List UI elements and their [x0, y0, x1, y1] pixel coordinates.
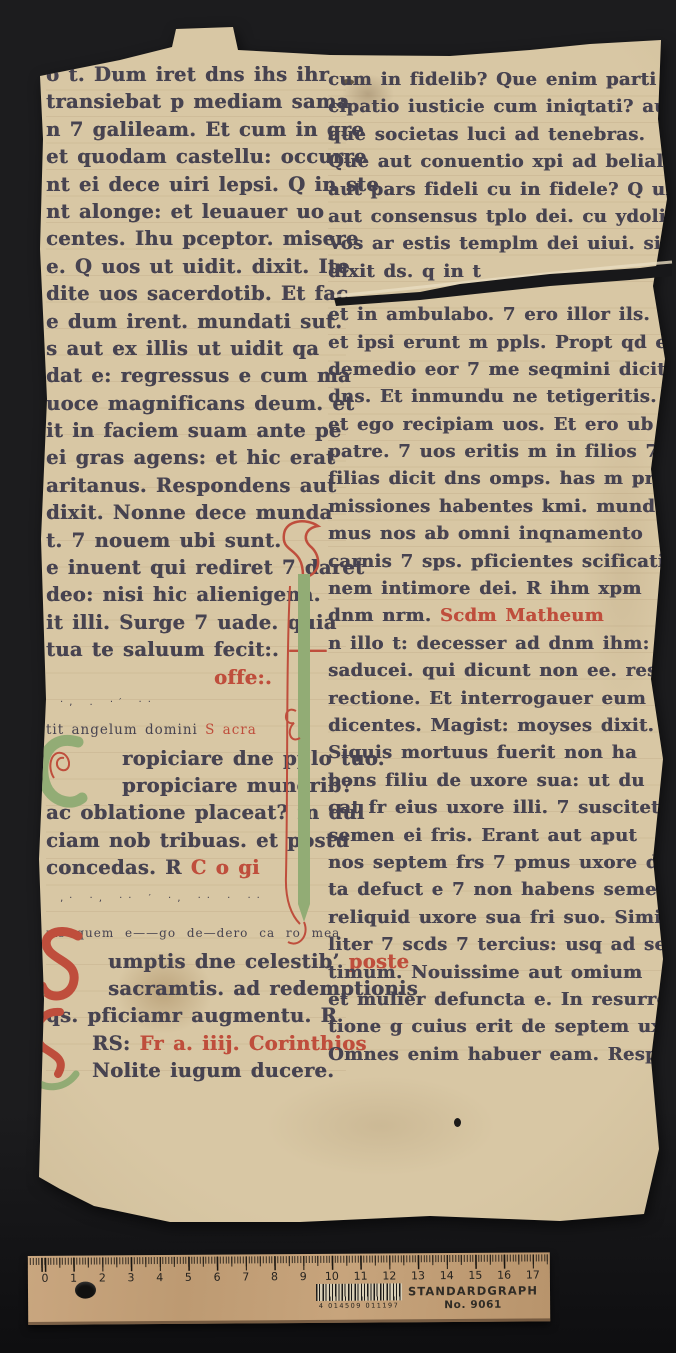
ink-text: ciam nob tribuas. et postu	[46, 829, 349, 852]
manuscript-line: aut consensus tplo dei. cu ydolis:	[328, 207, 672, 234]
ruler-barcode-icon	[316, 1283, 402, 1301]
ink-text: uoce magnificans deum. et	[46, 392, 354, 415]
ruler-scale-number: 6	[207, 1271, 227, 1284]
ink-text: cum in fidelib? Que enim parti	[328, 69, 656, 90]
ink-text: nos septem frs 7 pmus uxore duc	[328, 852, 676, 873]
ink-text: rectione. Et interrogauer eum	[328, 688, 646, 709]
ink-text: ·‚ . ·′ ··	[60, 697, 157, 708]
ruler-scale-number: 5	[178, 1271, 198, 1284]
manuscript-line: dat e: regressus e cum ma	[46, 365, 346, 392]
manuscript-line: saducei. qui dicunt non ee. resur	[328, 661, 672, 688]
manuscript-line: centes. Ihu pceptor. misere	[46, 228, 346, 255]
ruler-model-number: No. 9061	[398, 1298, 548, 1311]
ink-text: ei gras agens: et hic erat	[46, 446, 335, 469]
manuscript-line: timum. Nouissime aut omium	[328, 963, 672, 990]
manuscript-line: offe:.	[46, 667, 346, 697]
ink-text: it in faciem suam ante pe	[46, 419, 341, 442]
manuscript-line: s aut ex illis ut uidit qa	[46, 338, 346, 365]
manuscript-line: t. 7 nouem ubi sunt.	[46, 530, 346, 557]
ink-text: Nolite iugum ducere.	[92, 1059, 334, 1082]
parchment-shadow: o t. Dum iret dns ihs ihrtransiebat p me…	[30, 24, 672, 1224]
manuscript-line: Que aut conuentio xpi ad belial:	[328, 152, 672, 179]
ink-text: timum. Nouissime aut omium	[328, 962, 642, 983]
ink-text: dat e: regressus e cum ma	[46, 364, 351, 387]
ruler-hole	[75, 1282, 96, 1299]
ruler-scale-number: 16	[494, 1269, 514, 1282]
ruler-scale-number: 14	[437, 1269, 457, 1282]
manuscript-line: aut pars fideli cu in fidele? Q ui	[328, 180, 672, 207]
manuscript-line: umptis dne celestib’ poste	[46, 951, 346, 978]
ink-text: o t. Dum iret dns ihs ihr	[46, 63, 329, 86]
manuscript-line: ms quem e——go de—dero ca ro mea	[46, 927, 346, 951]
rubric-text: offe:.	[214, 666, 272, 689]
ink-text: semen ei fris. Erant aut aput	[328, 825, 637, 846]
ink-text: mus nos ab omni inqnamento	[328, 523, 643, 544]
ink-text: qs. pficiamr augmentu. R	[46, 1004, 337, 1027]
manuscript-line: dnm nrm. Scdm Matheum	[328, 606, 672, 633]
ink-text: et in ambulabo. 7 ero illor ils.	[328, 304, 650, 325]
manuscript-line: ei gras agens: et hic erat	[46, 447, 346, 474]
ink-text: t. 7 nouem ubi sunt.	[46, 529, 281, 552]
manuscript-line: Vos ar estis templm dei uiui. sic	[328, 234, 672, 261]
manuscript-line: tit angelum domini S acra	[46, 723, 346, 748]
ink-text: e. Q uos ut uidit. dixit. Ite	[46, 255, 350, 278]
manuscript-line: ac oblatione placeat? in dul	[46, 802, 346, 829]
left-text-column: o t. Dum iret dns ihs ihrtransiebat p me…	[46, 64, 346, 1088]
manuscript-line: et ego recipiam uos. Et ero ub in	[328, 415, 672, 442]
ruler-scale-number: 12	[379, 1269, 399, 1282]
ruler-brand: STANDARDGRAPH	[398, 1283, 548, 1298]
ink-text: ‚· ·‚ ·· ′ ·‚ ·· · ··	[60, 893, 266, 904]
ink-text: demedio eor 7 me seqmini dicit	[328, 359, 666, 380]
ink-text: cipatio iusticie cum iniqtati? aut	[328, 96, 676, 117]
ruler-scale-number: 13	[408, 1269, 428, 1282]
manuscript-line: aritanus. Respondens aut	[46, 475, 346, 502]
manuscript-line: Omnes enim habuer eam. Respon	[328, 1045, 672, 1072]
manuscript-line: qs. pficiamr augmentu. R	[46, 1005, 346, 1032]
ink-text: et mulier defuncta e. In resurrec	[328, 989, 676, 1010]
ink-text: dixit. Nonne dece munda	[46, 501, 332, 524]
ink-text: saducei. qui dicunt non ee. resur	[328, 660, 676, 681]
ink-text: Omnes enim habuer eam. Respon	[328, 1044, 676, 1065]
ink-text: aritanus. Respondens aut	[46, 474, 336, 497]
ink-text: RS:	[92, 1032, 139, 1055]
manuscript-line: mus nos ab omni inqnamento	[328, 524, 672, 551]
manuscript-line: ropiciare dne pplo tuo.	[46, 748, 346, 775]
ink-text: filias dicit dns omps. has m pro	[328, 468, 667, 489]
ink-text: umptis dne celestib’	[108, 950, 349, 973]
rubric-text: ——	[279, 638, 328, 661]
ruler: 01234567891011121314151617 4 014509 0111…	[28, 1252, 550, 1325]
ruler-scale-number: 4	[150, 1271, 170, 1284]
ruler-scale-number: 11	[351, 1270, 371, 1283]
ruler-scale-number: 8	[264, 1270, 284, 1283]
manuscript-line: ta defuct e 7 non habens seme	[328, 880, 672, 907]
right-text-column: cum in fidelib? Que enim participatio iu…	[328, 70, 672, 1072]
ruler-scale-number: 3	[121, 1271, 141, 1284]
parchment-stain	[266, 1076, 496, 1176]
manuscript-line: que societas luci ad tenebras.	[328, 125, 672, 152]
ink-text: nt alonge: et leuauer uo	[46, 200, 324, 223]
ink-text: et quodam castellu: occurre	[46, 145, 367, 168]
ink-text: e dum irent. mundati sut.	[46, 310, 342, 333]
manuscript-line: et in ambulabo. 7 ero illor ils.	[328, 305, 672, 332]
ink-text: dixit ds. q in t	[328, 261, 481, 282]
ruler-scale-number: 17	[523, 1268, 543, 1281]
ink-text: ta defuct e 7 non habens seme	[328, 879, 657, 900]
ink-text: dnm nrm.	[328, 605, 440, 626]
ink-text: propiciare munerib?	[122, 774, 353, 797]
manuscript-line: transiebat p mediam sama	[46, 91, 346, 118]
manuscript-line: deo: nisi hic alienigena.	[46, 584, 346, 611]
ink-text: centes. Ihu pceptor. misere	[46, 227, 359, 250]
manuscript-line: propiciare munerib?	[46, 775, 346, 802]
manuscript-line: dicentes. Magist: moyses dixit.	[328, 716, 672, 743]
rubric-text: S acra	[205, 722, 257, 738]
ink-text: nem intimore dei. R ihm xpm	[328, 578, 642, 599]
manuscript-line: et mulier defuncta e. In resurrec	[328, 990, 672, 1017]
ink-text: Siquis mortuus fuerit non ha	[328, 742, 637, 763]
manuscript-line: ciam nob tribuas. et postu	[46, 830, 346, 857]
ink-text: ac oblatione placeat? in dul	[46, 801, 365, 824]
ink-text: n illo t: decesser ad dnm ihm:	[328, 633, 649, 654]
ink-text: ms quem e——go de—dero ca ro mea	[46, 926, 340, 940]
ink-dot	[454, 1118, 461, 1127]
manuscript-line: bens filiu de uxore sua: ut du	[328, 771, 672, 798]
manuscript-line: cipatio iusticie cum iniqtati? aut	[328, 97, 672, 124]
ruler-barcode-digits: 4 014509 011197	[311, 1301, 407, 1310]
ink-text: reliquid uxore sua fri suo. Simi	[328, 907, 661, 928]
manuscript-line: dixit. Nonne dece munda	[46, 502, 346, 529]
manuscript-line: tione g cuius erit de septem uxor:	[328, 1017, 672, 1044]
ink-text: dns. Et inmundu ne tetigeritis.	[328, 386, 657, 407]
ink-text: patre. 7 uos eritis m in filios 7	[328, 441, 658, 462]
manuscript-line: nt ei dece uiri lepsi. Q in ste	[46, 174, 346, 201]
rubric-text: C o gi	[191, 856, 260, 879]
ink-text: et ego recipiam uos. Et ero ub in	[328, 414, 676, 435]
ink-text: dite uos sacerdotib. Et fac	[46, 282, 348, 305]
manuscript-line: dite uos sacerdotib. Et fac	[46, 283, 346, 310]
ink-text: cat fr eius uxore illi. 7 suscitet	[328, 797, 660, 818]
manuscript-line: rectione. Et interrogauer eum	[328, 689, 672, 716]
manuscript-line: patre. 7 uos eritis m in filios 7	[328, 442, 672, 469]
manuscript-line: tua te saluum fecit:. ——	[46, 639, 346, 666]
manuscript-line: n illo t: decesser ad dnm ihm:	[328, 634, 672, 661]
ruler-scale-number: 2	[92, 1271, 112, 1284]
ink-text: tit angelum domini	[46, 722, 205, 738]
manuscript-line: nem intimore dei. R ihm xpm	[328, 579, 672, 606]
ink-text: tua te saluum fecit:.	[46, 638, 279, 661]
manuscript-line: it in faciem suam ante pe	[46, 420, 346, 447]
manuscript-line: nt alonge: et leuauer uo	[46, 201, 346, 228]
ink-text: n 7 galileam. Et cum in gre	[46, 118, 364, 141]
manuscript-line: sacramtis. ad redemptionis	[46, 978, 346, 1005]
manuscript-line: Nolite iugum ducere.	[46, 1060, 346, 1087]
manuscript-line: uoce magnificans deum. et	[46, 393, 346, 420]
ink-text: tione g cuius erit de septem uxor:	[328, 1016, 676, 1037]
ruler-scale-number: 15	[465, 1269, 485, 1282]
manuscript-line: concedas. R C o gi	[46, 857, 346, 884]
ink-text: liter 7 scds 7 tercius: usq ad sep	[328, 934, 676, 955]
ink-text: missiones habentes kmi. munde	[328, 496, 667, 517]
ink-text: transiebat p mediam sama	[46, 90, 350, 113]
manuscript-line: demedio eor 7 me seqmini dicit	[328, 360, 672, 387]
rubric-text: Scdm Matheum	[440, 605, 604, 626]
manuscript-line: semen ei fris. Erant aut aput	[328, 826, 672, 853]
ink-text: bens filiu de uxore sua: ut du	[328, 770, 645, 791]
manuscript-line: e. Q uos ut uidit. dixit. Ite	[46, 256, 346, 283]
ink-text: it illi. Surge 7 uade. quia	[46, 611, 337, 634]
manuscript-line: dixit ds. q in t	[328, 262, 672, 289]
manuscript-line: et ipsi erunt m ppls. Propt qd exite	[328, 333, 672, 360]
manuscript-line: o t. Dum iret dns ihs ihr	[46, 64, 346, 91]
manuscript-line: carnis 7 sps. pficientes scificatio	[328, 552, 672, 579]
ink-text: aut pars fideli cu in fidele? Q ui	[328, 179, 672, 200]
manuscript-line: e dum irent. mundati sut.	[46, 311, 346, 338]
manuscript-line: reliquid uxore sua fri suo. Simi	[328, 908, 672, 935]
ink-text: s aut ex illis ut uidit qa	[46, 337, 319, 360]
ink-text: dicentes. Magist: moyses dixit.	[328, 715, 654, 736]
ink-text: aut consensus tplo dei. cu ydolis:	[328, 206, 676, 227]
ruler-scale-number: 10	[322, 1270, 342, 1283]
manuscript-line: it illi. Surge 7 uade. quia	[46, 612, 346, 639]
manuscript-line: liter 7 scds 7 tercius: usq ad sep	[328, 935, 672, 962]
ink-text: Vos ar estis templm dei uiui. sic	[328, 233, 672, 254]
manuscript-line: et quodam castellu: occurre	[46, 146, 346, 173]
manuscript-line: e inuent qui rediret 7 daret	[46, 557, 346, 584]
manuscript-line: missiones habentes kmi. munde	[328, 497, 672, 524]
manuscript-line: dns. Et inmundu ne tetigeritis.	[328, 387, 672, 414]
ink-text: et ipsi erunt m ppls. Propt qd exite	[328, 332, 676, 353]
ink-text: concedas. R	[46, 856, 191, 879]
ink-text: e inuent qui rediret 7 daret	[46, 556, 364, 579]
manuscript-line: cat fr eius uxore illi. 7 suscitet	[328, 798, 672, 825]
manuscript-line: n 7 galileam. Et cum in gre	[46, 119, 346, 146]
manuscript-line: cum in fidelib? Que enim parti	[328, 70, 672, 97]
manuscript-line: nos septem frs 7 pmus uxore duc	[328, 853, 672, 880]
manuscript-line: RS: Fr a. iiij. Corinthios	[46, 1033, 346, 1060]
manuscript-fragment: o t. Dum iret dns ihs ihrtransiebat p me…	[30, 24, 672, 1224]
photo-stage: o t. Dum iret dns ihs ihrtransiebat p me…	[0, 0, 676, 1353]
ink-text: que societas luci ad tenebras.	[328, 124, 645, 145]
ruler-scale-number: 0	[35, 1272, 55, 1285]
ruler-scale-number: 9	[293, 1270, 313, 1283]
ink-text: carnis 7 sps. pficientes scificatio	[328, 551, 676, 572]
manuscript-line: Siquis mortuus fuerit non ha	[328, 743, 672, 770]
manuscript-line: filias dicit dns omps. has m pro	[328, 469, 672, 496]
ink-text: deo: nisi hic alienigena.	[46, 583, 321, 606]
manuscript-line: ·‚ . ·′ ··	[46, 697, 346, 723]
ruler-scale-number: 7	[236, 1270, 256, 1283]
ink-text: Que aut conuentio xpi ad belial:	[328, 151, 670, 172]
manuscript-line: ‚· ·‚ ·· ′ ·‚ ·· · ··	[46, 885, 346, 927]
